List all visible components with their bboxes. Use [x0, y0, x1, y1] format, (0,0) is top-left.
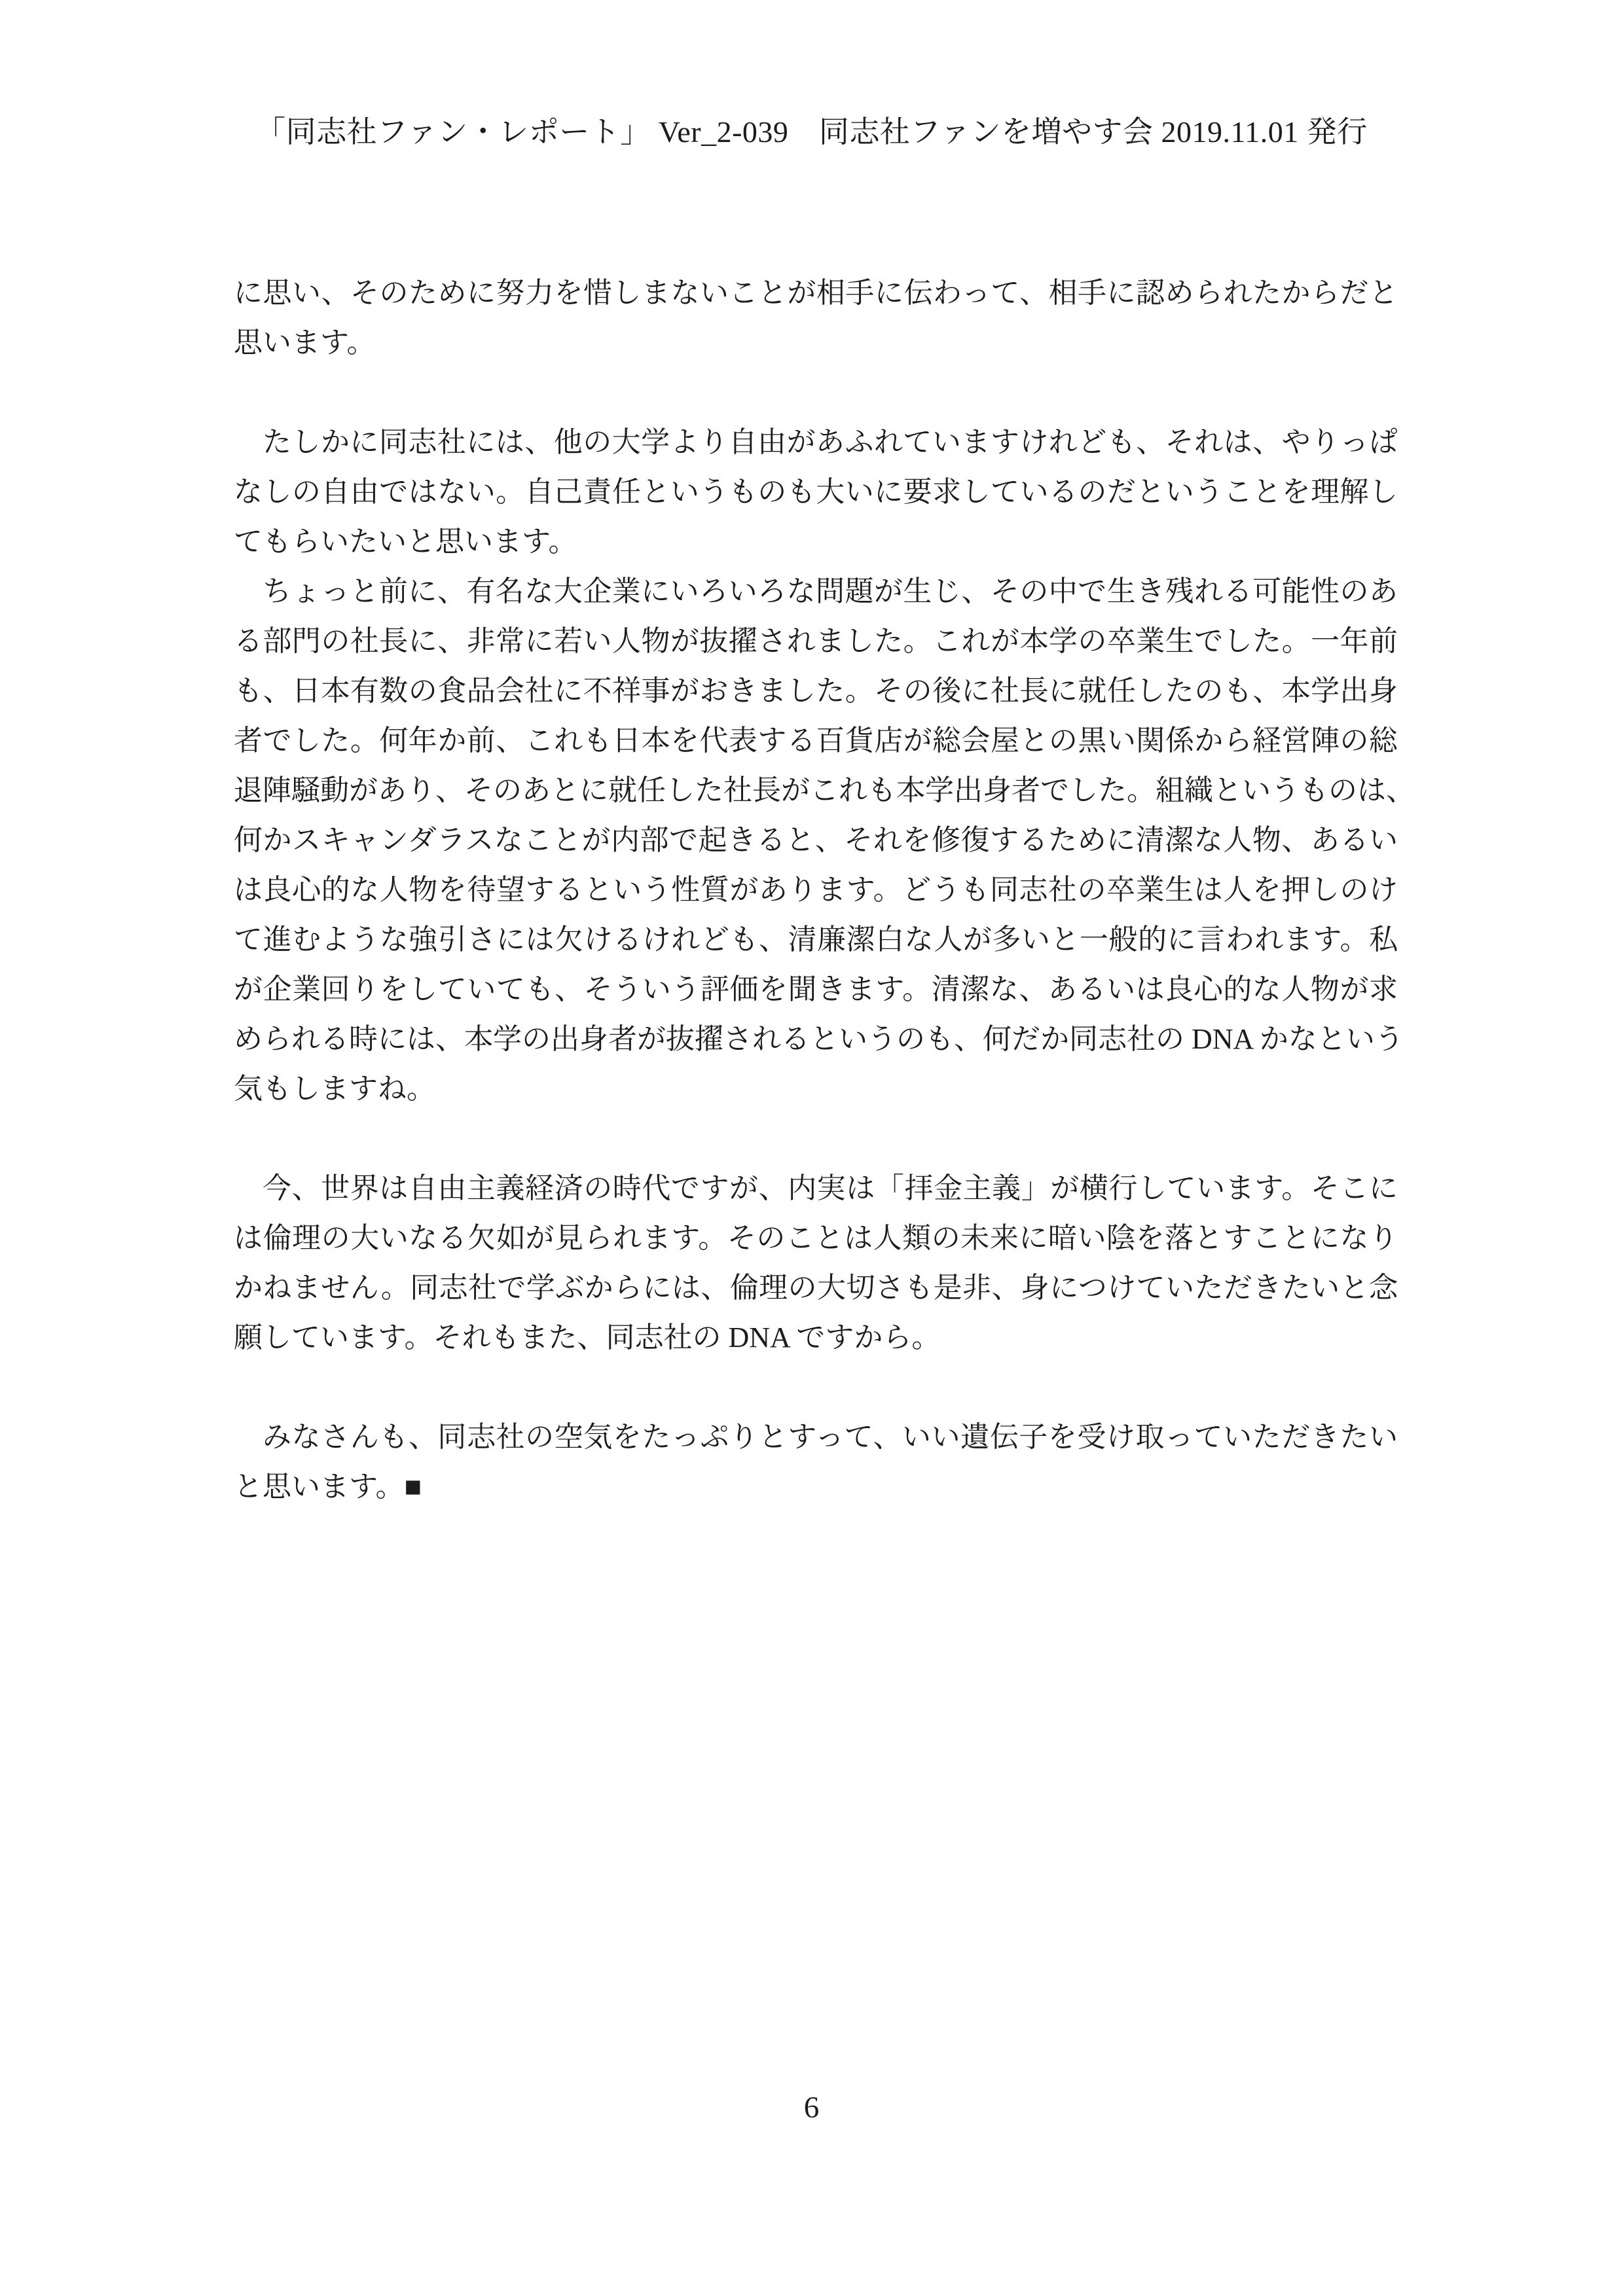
text-line: ちょっと前に、有名な大企業にいろいろな問題が生じ、その中で生き残れる可能性のあ — [234, 567, 1398, 617]
page-number: 6 — [0, 2088, 1623, 2127]
text-line: 願しています。それもまた、同志社の DNA ですから。 — [234, 1313, 1398, 1363]
text-line: と思います。■ — [234, 1462, 1398, 1512]
paragraph: たしかに同志社には、他の大学より自由があふれていますけれども、それは、やりっぱな… — [234, 418, 1398, 567]
text-line: は倫理の大いなる欠如が見られます。そのことは人類の未来に暗い陰を落とすことになり — [234, 1213, 1398, 1263]
text-line: 者でした。何年か前、これも日本を代表する百貨店が総会屋との黒い関係から経営陣の総 — [234, 716, 1398, 766]
text-line: てもらいたいと思います。 — [234, 517, 1398, 567]
paragraph: ちょっと前に、有名な大企業にいろいろな問題が生じ、その中で生き残れる可能性のある… — [234, 567, 1398, 1114]
text-line: かねません。同志社で学ぶからには、倫理の大切さも是非、身につけていただきたいと念 — [234, 1263, 1398, 1313]
text-line: に思い、そのために努力を惜しまないことが相手に伝わって、相手に認められたからだと — [234, 268, 1398, 318]
text-line: 今、世界は自由主義経済の時代ですが、内実は「拝金主義」が横行しています。そこに — [234, 1164, 1398, 1213]
page-header: 「同志社ファン・レポート」 Ver_2-039 同志社ファンを増やす会 2019… — [0, 113, 1623, 152]
text-line: は良心的な人物を待望するという性質があります。どうも同志社の卒業生は人を押しのけ — [234, 865, 1398, 915]
text-line: なしの自由ではない。自己責任というものも大いに要求しているのだということを理解し — [234, 467, 1398, 517]
text-line: 気もしますね。 — [234, 1064, 1398, 1114]
paragraph: 今、世界は自由主義経済の時代ですが、内実は「拝金主義」が横行しています。そこには… — [234, 1164, 1398, 1363]
text-line: て進むような強引さには欠けるけれども、清廉潔白な人が多いと一般的に言われます。私 — [234, 915, 1398, 965]
text-line: 退陣騒動があり、そのあとに就任した社長がこれも本学出身者でした。組織というものは… — [234, 766, 1398, 816]
text-line: る部門の社長に、非常に若い人物が抜擢されました。これが本学の卒業生でした。一年前 — [234, 617, 1398, 666]
document-page: 「同志社ファン・レポート」 Ver_2-039 同志社ファンを増やす会 2019… — [0, 0, 1623, 2296]
text-line: みなさんも、同志社の空気をたっぷりとすって、いい遺伝子を受け取っていただきたい — [234, 1412, 1398, 1462]
document-body: に思い、そのために努力を惜しまないことが相手に伝わって、相手に認められたからだと… — [234, 268, 1398, 1512]
text-line: たしかに同志社には、他の大学より自由があふれていますけれども、それは、やりっぱ — [234, 418, 1398, 467]
text-line: 思います。 — [234, 318, 1398, 368]
text-line: 何かスキャンダラスなことが内部で起きると、それを修復するために清潔な人物、あるい — [234, 816, 1398, 865]
paragraph: みなさんも、同志社の空気をたっぷりとすって、いい遺伝子を受け取っていただきたいと… — [234, 1412, 1398, 1512]
paragraph: に思い、そのために努力を惜しまないことが相手に伝わって、相手に認められたからだと… — [234, 268, 1398, 368]
text-line: が企業回りをしていても、そういう評価を聞きます。清潔な、あるいは良心的な人物が求 — [234, 965, 1398, 1014]
text-line: も、日本有数の食品会社に不祥事がおきました。その後に社長に就任したのも、本学出身 — [234, 666, 1398, 716]
text-line: められる時には、本学の出身者が抜擢されるというのも、何だか同志社の DNA かな… — [234, 1014, 1398, 1064]
